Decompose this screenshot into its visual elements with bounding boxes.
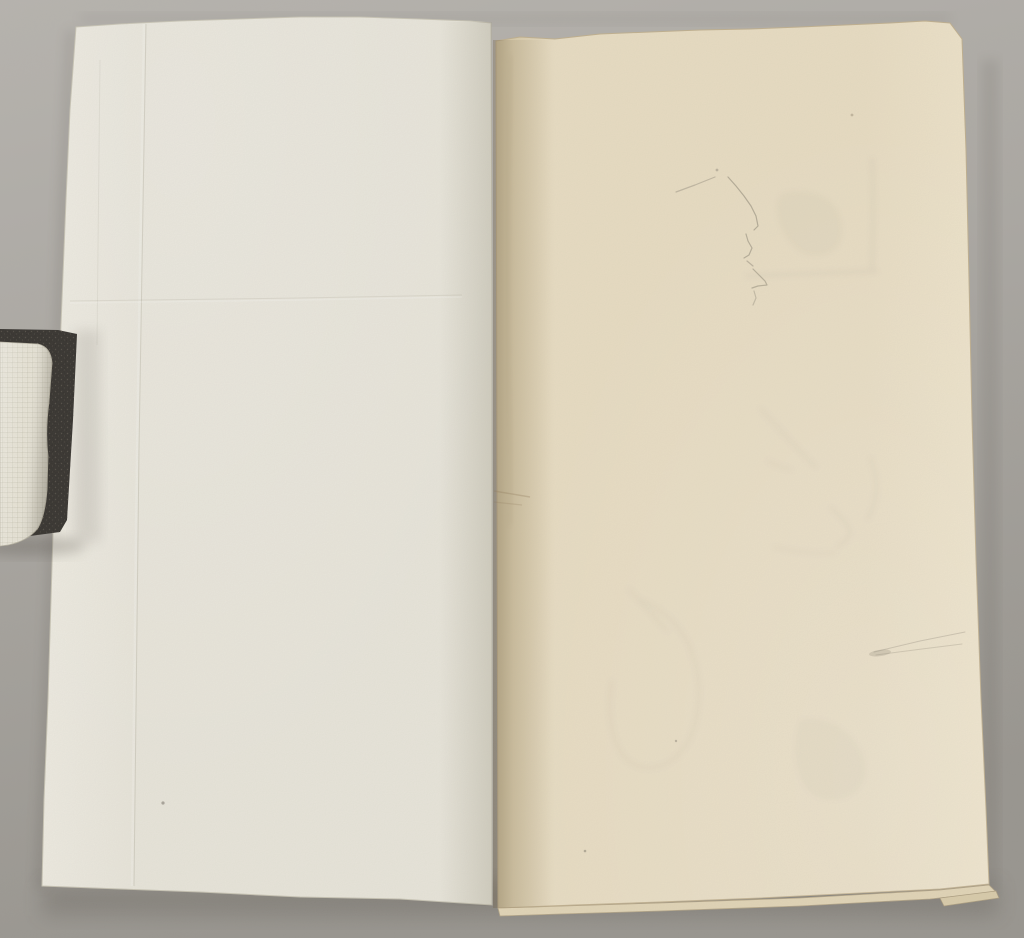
open-sketchbook-photo	[0, 0, 1024, 938]
photo-grain-overlay	[0, 0, 1024, 938]
photo-stage	[0, 0, 1024, 938]
